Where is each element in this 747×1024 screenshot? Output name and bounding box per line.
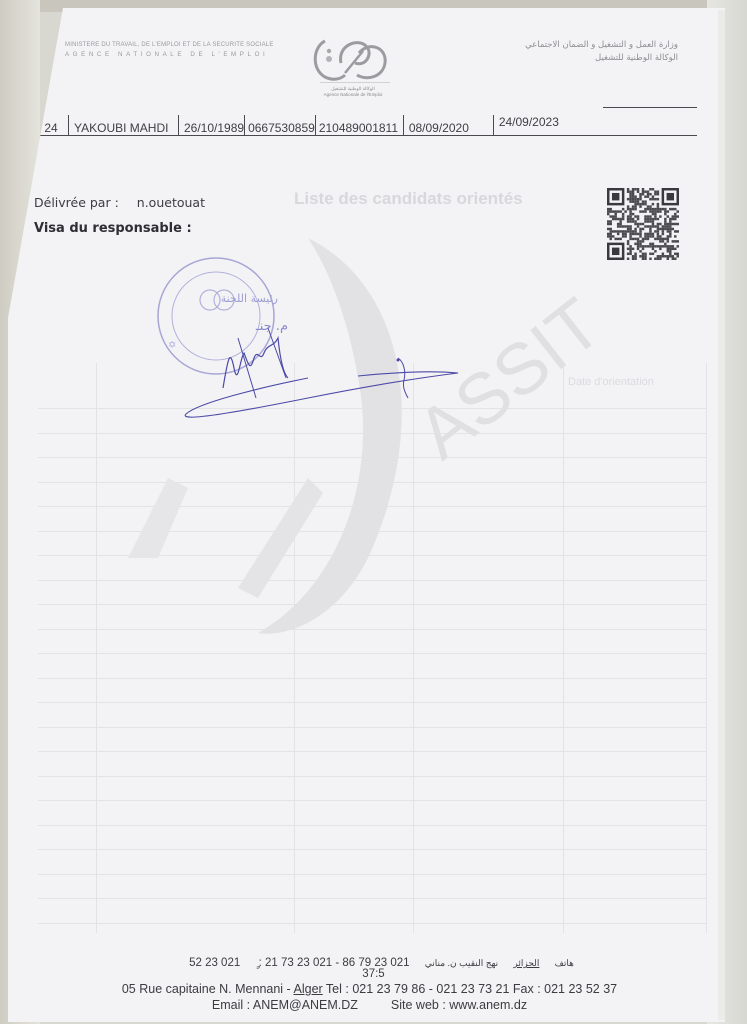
- header-arabic: وزارة العمل و التشغيل و الضمان الاجتماعي…: [428, 39, 678, 65]
- cell-registration-date: 08/09/2020: [403, 115, 493, 136]
- logo-divider: [320, 82, 390, 83]
- anem-logo-icon: [311, 33, 391, 85]
- row-top-rule: [603, 107, 697, 108]
- delivered-by-agent: n.ouetouat: [137, 195, 205, 210]
- footer-street: 05 Rue capitaine N. Mennani -: [122, 982, 294, 996]
- header-french: MINISTERE DU TRAVAIL, DE L'EMPLOI ET DE …: [65, 41, 305, 59]
- footer-contact: Email : ANEM@ANEM.DZ Site web : www.anem…: [0, 998, 743, 1012]
- signature-icon: [168, 318, 468, 428]
- footer-city-ar: ﺍﻟﺠﺰﺍﺋﺮ: [513, 958, 539, 968]
- table-row: 24 YAKOUBI MAHDI 26/10/1989 0667530859 2…: [34, 115, 698, 136]
- delivered-by: Délivrée par : n.ouetouat: [34, 195, 205, 210]
- visa-label: Visa du responsable :: [34, 221, 192, 236]
- qr-code-icon: [607, 188, 679, 260]
- footer-city: Alger: [294, 982, 323, 996]
- cell-orientation-date: 24/09/2023: [493, 115, 697, 136]
- delivered-by-label: Délivrée par :: [34, 195, 119, 210]
- logo-caption: الوكالة الوطنية للتشغيل Agence Nationale…: [308, 86, 398, 98]
- footer-email[interactable]: Email : ANEM@ANEM.DZ: [212, 998, 358, 1012]
- bleed-through-title: Liste des candidats orientés: [294, 189, 523, 209]
- logo-caption-fr: Agence Nationale de l'Emploi: [308, 92, 398, 98]
- cell-name: YAKOUBI MAHDI: [69, 115, 179, 136]
- footer-phone-label-ar: ﻫﺎﺗﻒ: [555, 958, 574, 968]
- footer-arabic-line: 52 23 021 ٍ : 21 73 23 021 - 86 79 23 02…: [8, 955, 747, 969]
- footer-street-ar: ﻧﻬﺞ ﺍﻟﻨﻘﻴﺐ ﻥ. ﻣﻨﺎﻧﻲ: [425, 958, 498, 968]
- cell-id-number: 210489001811: [315, 115, 403, 136]
- agency-name-fr: AGENCE NATIONALE DE L'EMPLOI: [65, 50, 305, 59]
- ministry-name-fr: MINISTERE DU TRAVAIL, DE L'EMPLOI ET DE …: [65, 41, 305, 50]
- cell-phone: 0667530859: [245, 115, 316, 136]
- ministry-name-ar: وزارة العمل و التشغيل و الضمان الاجتماعي: [428, 39, 678, 52]
- footer-address: 05 Rue capitaine N. Mennani - Alger Tel …: [0, 982, 743, 996]
- svg-text:رئيسة اللجنة: رئيسة اللجنة: [221, 292, 278, 305]
- agency-name-ar: الوكالة الوطنية للتشغيل: [428, 52, 678, 65]
- cell-birth-date: 26/10/1989: [179, 115, 245, 136]
- footer-phones: Tel : 021 23 79 86 - 021 23 73 21 Fax : …: [323, 982, 617, 996]
- footer-website[interactable]: Site web : www.anem.dz: [391, 998, 527, 1012]
- candidate-table: 24 YAKOUBI MAHDI 26/10/1989 0667530859 2…: [33, 115, 697, 136]
- sheet-edge: [718, 10, 725, 1020]
- document-sheet: Liste des candidats orientés Date d'orie…: [8, 8, 725, 1022]
- footer-line-2: 37:5: [0, 968, 747, 980]
